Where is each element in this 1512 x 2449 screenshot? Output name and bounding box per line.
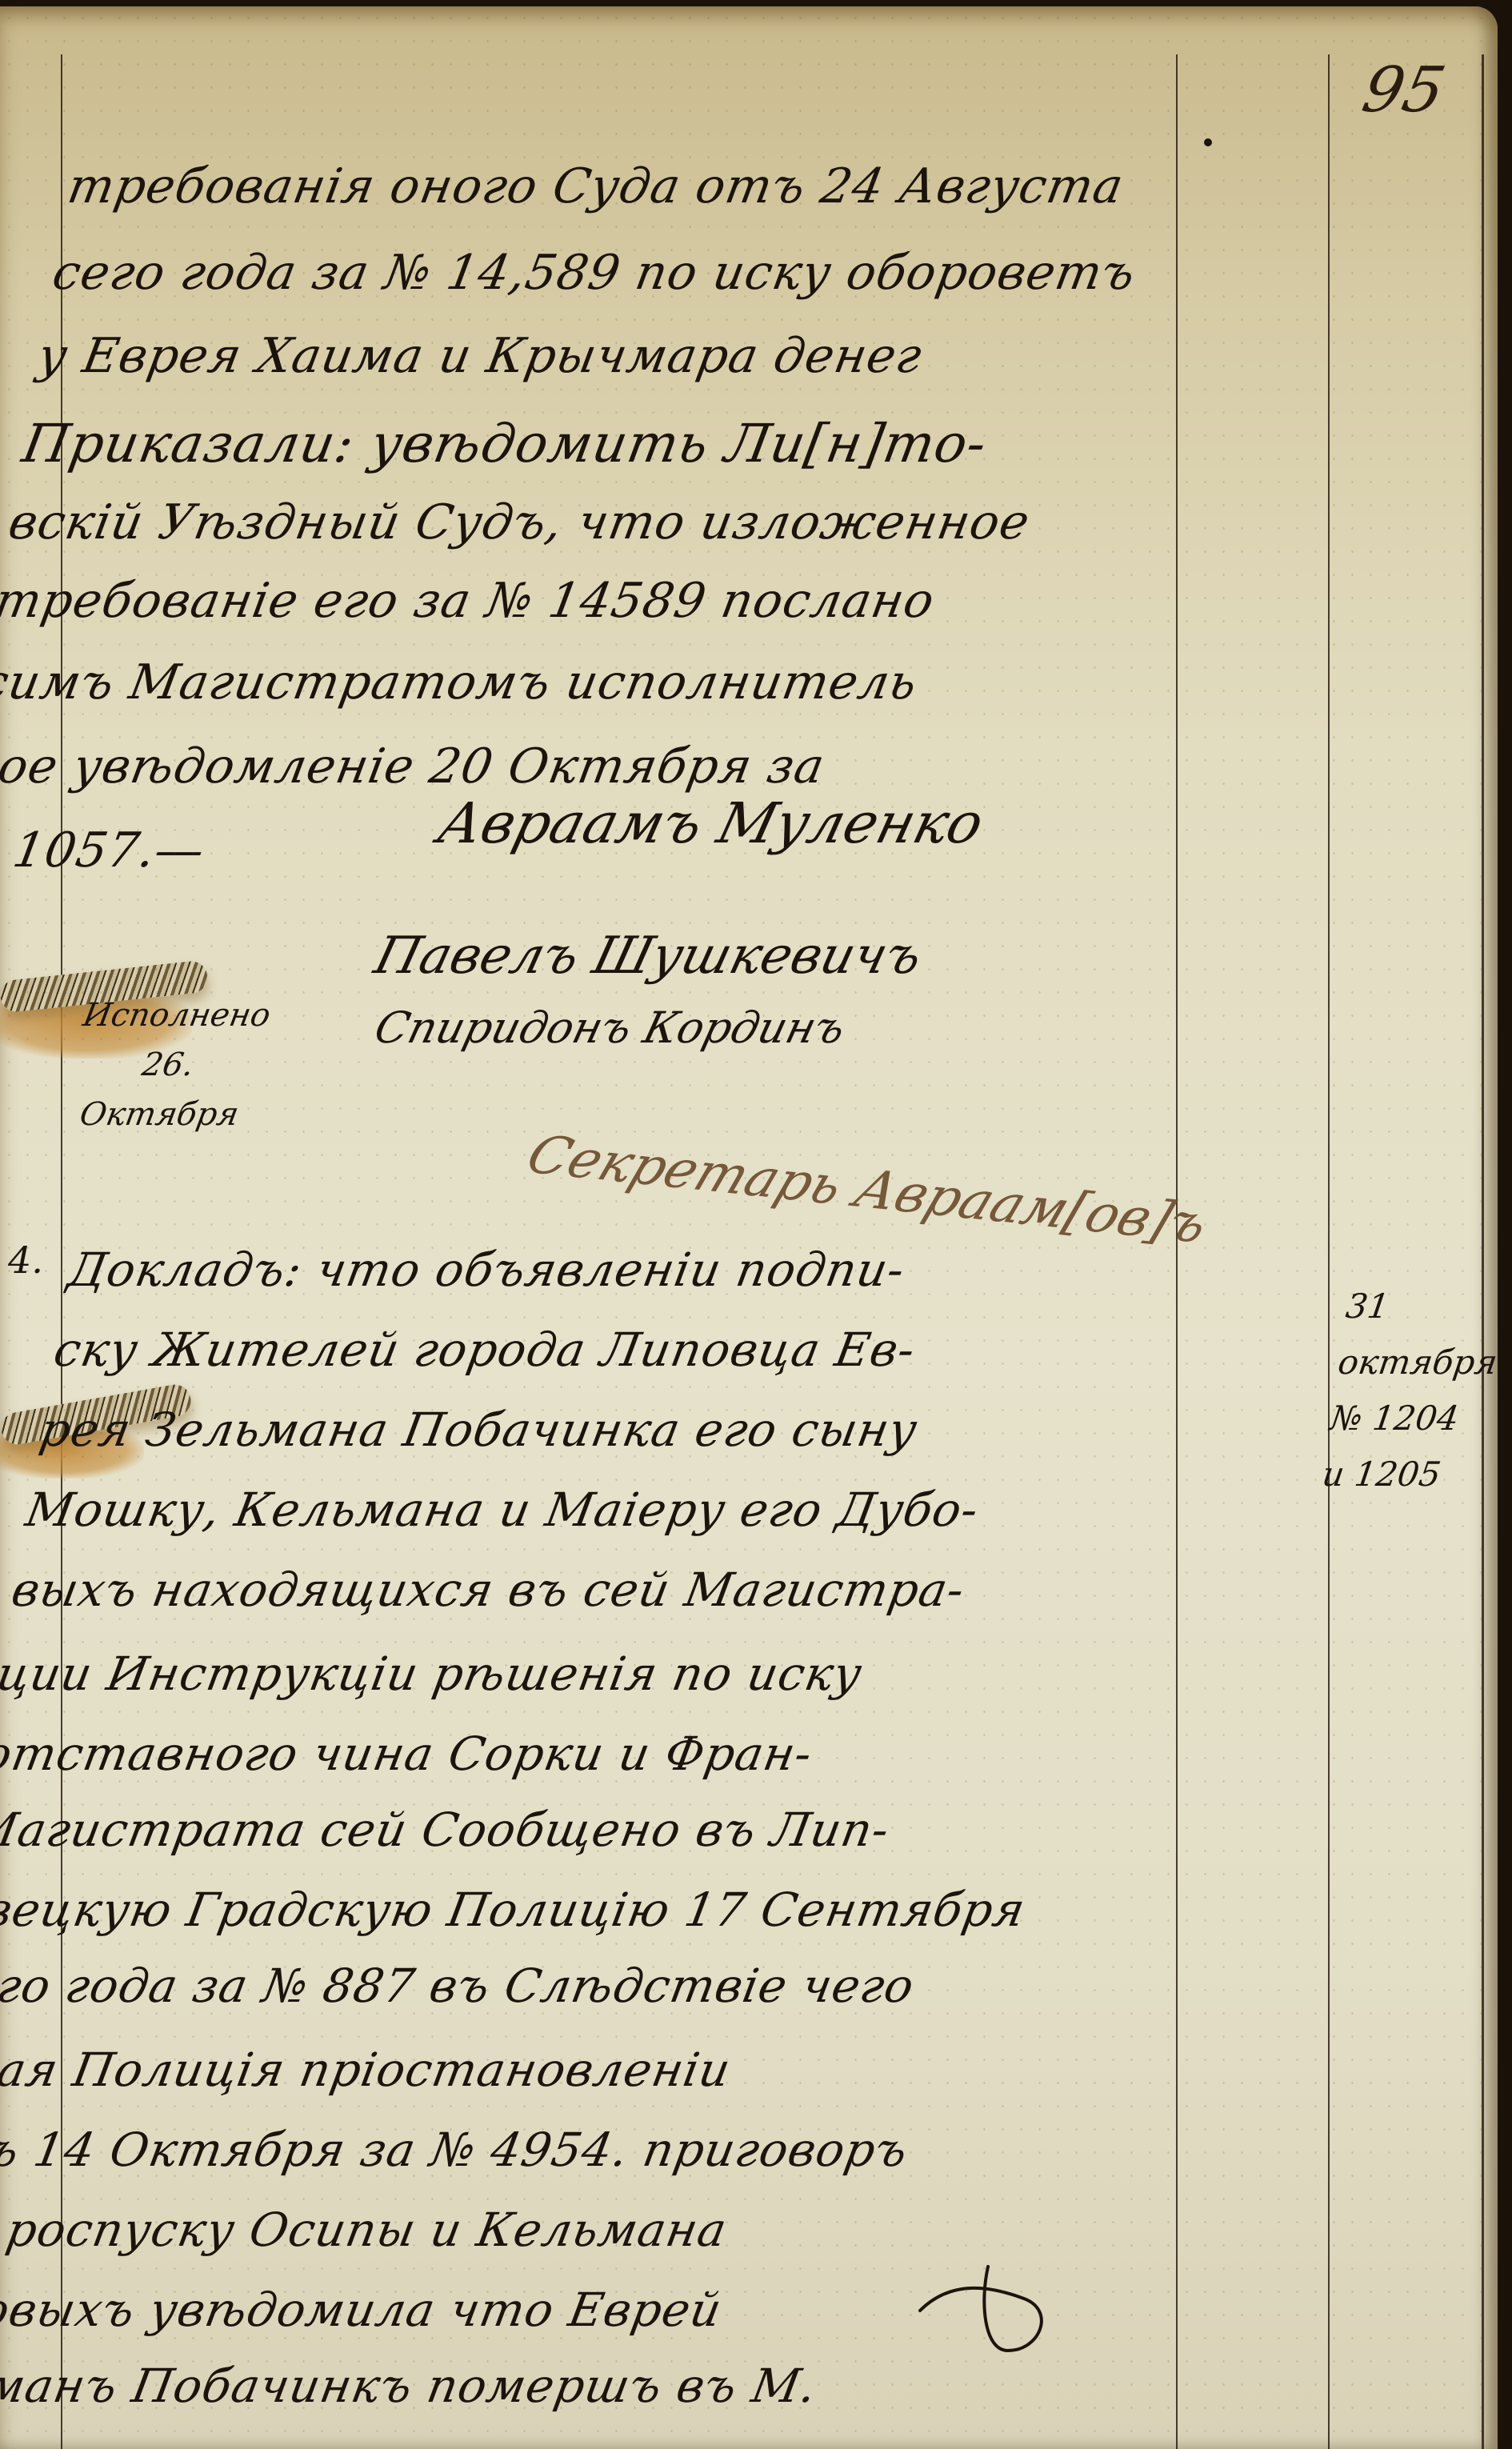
text-line: рея Зельмана Побачинка его сыну (36, 1403, 922, 1457)
text-line: у Еврея Хаима и Крычмара денег (34, 328, 926, 384)
text-line: требованія оного Суда отъ 24 Августа (64, 158, 1128, 214)
page-number: 95 (1356, 54, 1450, 126)
text-line: требованіе его за № 14589 послано (0, 573, 939, 629)
ink-dot (1204, 138, 1212, 146)
text-line: ции Инструкціи рѣшенія по иску (0, 1647, 866, 1701)
text-line: вскій Уѣздный Судъ, что изложенное (5, 494, 1034, 550)
text-line: Мошку, Кельмана и Маіеру его Дубо- (22, 1483, 983, 1537)
text-line: Дубовыхъ увѣдомила что Еврей (0, 2283, 726, 2337)
text-line: Оная Полиція пріостановленіи (0, 2043, 735, 2097)
item-number: 4. (8, 1239, 43, 1282)
text-line: сего года за № 14,589 по иску обороветъ (49, 245, 1140, 301)
text-line: Зельманъ Побачинкъ помершъ въ М. (0, 2359, 821, 2413)
closing-flourish-icon (904, 2263, 1064, 2375)
margin-line: 31 октября (1334, 1279, 1502, 1391)
text-line: отставного чина Сорки и Фран- (0, 1727, 817, 1781)
signature-kordin: Спиридонъ Кординъ (370, 1002, 850, 1053)
margin-line: 26. (68, 1040, 269, 1090)
margin-line: Октября (59, 1090, 260, 1139)
text-line: симъ Магистратомъ исполнитель (0, 654, 922, 710)
manuscript-page: 95 требованія оного Суда отъ 24 Августа … (0, 6, 1498, 2449)
text-line: отъ 14 Октября за № 4954. приговоръ (0, 2123, 912, 2177)
signature-muleko: Авраамъ Муленко (432, 790, 990, 856)
text-line: ску Жителей города Липовца Ев- (50, 1323, 919, 1377)
margin-line: и 1205 (1318, 1447, 1478, 1503)
text-line: Магистрата сей Сообщено въ Лип- (0, 1803, 894, 1857)
text-line: для роспуску Осипы и Кельмана (0, 2203, 731, 2257)
signature-secretary: Секретарь Авраам[ов]ъ (519, 1124, 1217, 1255)
margin-note-reference: 31 октября № 1204 и 1205 (1318, 1279, 1502, 1503)
margin-line: Исполнено (76, 990, 277, 1040)
text-line: выхъ находящихся въ сей Магистра- (7, 1563, 969, 1617)
text-line: сего года за № 887 въ Слѣдствіе чего (0, 1959, 918, 2013)
text-line: Приказали: увѣдомить Ли[н]то- (18, 413, 991, 474)
text-line: овецкую Градскую Полицію 17 Сентября (0, 1883, 1030, 1937)
margin-note-executed: Исполнено 26. Октября (59, 990, 278, 1139)
margin-line: № 1204 (1326, 1391, 1486, 1447)
column-rule-notes (1328, 54, 1330, 2449)
page-edge-rule (1482, 54, 1484, 2449)
text-line: № 1057.— (0, 822, 209, 878)
text-line: ное увѣдомленіе 20 Октября за (0, 738, 829, 794)
signature-shushkevich: Павелъ Шушкевичъ (369, 926, 928, 986)
text-line: Докладъ: что объявленіи подпи- (64, 1243, 909, 1297)
